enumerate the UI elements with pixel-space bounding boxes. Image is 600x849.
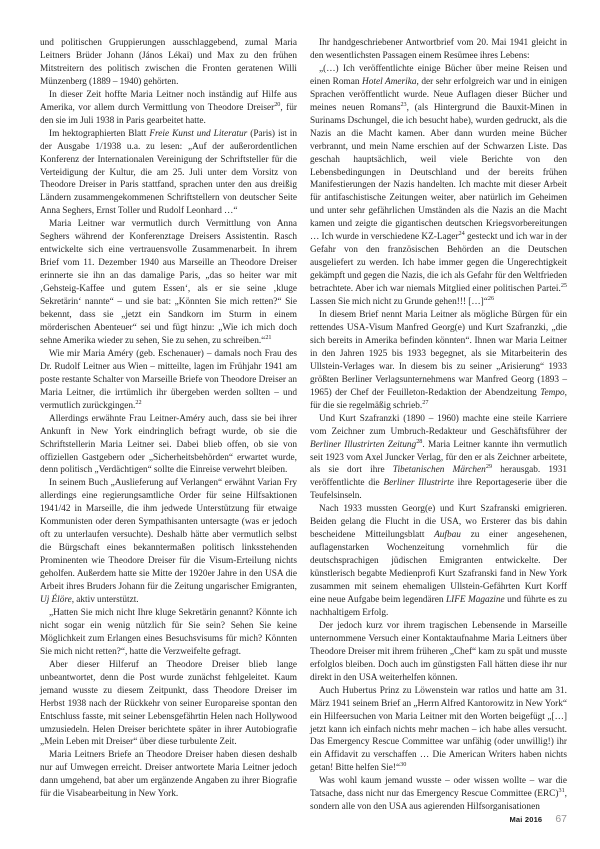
italic-title: Tibetanischen Märchen: [393, 465, 486, 475]
italic-title: Aufbau: [434, 530, 461, 540]
footnote-ref: 21: [265, 334, 271, 341]
paragraph: Und Kurt Szafranzki (1890 – 1960) machte…: [310, 413, 567, 504]
article-body: und politischen Gruppierungen ausschlagg…: [40, 37, 567, 814]
page-number: 67: [555, 813, 567, 825]
paragraph: In seinem Buch „Auslieferung auf Verlang…: [40, 477, 297, 607]
paragraph: Ihr handgeschriebener Antwortbrief vom 2…: [310, 37, 567, 63]
italic-title: Tempo: [540, 388, 564, 398]
footnote-ref: 22: [135, 399, 141, 406]
footnote-ref: 26: [488, 295, 494, 302]
footnote-ref: 29: [486, 463, 492, 470]
paragraph: und politischen Gruppierungen ausschlagg…: [40, 37, 297, 89]
page-footer: Mai 2016 67: [509, 813, 567, 825]
italic-title: Berliner Illustrirten Zeitung: [310, 440, 416, 450]
italic-title: Hotel Amerika: [362, 77, 417, 87]
paragraph: „Hatten Sie mich nicht Ihre kluge Sekret…: [40, 607, 297, 659]
paragraph: In diesem Brief nennt Maria Leitner als …: [310, 309, 567, 413]
footnote-ref: 23: [400, 101, 406, 108]
footnote-ref: 28: [416, 437, 422, 444]
paragraph: Aber dieser Hilferuf an Theodore Dreiser…: [40, 659, 297, 750]
paragraph: Was wohl kaum jemand wusste – oder wisse…: [310, 775, 567, 814]
italic-title: Berliner Illustrirte: [383, 478, 453, 488]
issue-date: Mai 2016: [509, 815, 542, 824]
paragraph: Im hektographierten Blatt Freie Kunst un…: [40, 128, 297, 219]
footnote-ref: 25: [561, 282, 567, 289]
footnote-ref: 20: [274, 101, 280, 108]
footnote-ref: 30: [400, 761, 406, 768]
paragraph: Auch Hubertus Prinz zu Löwenstein war ra…: [310, 685, 567, 776]
italic-title: LIFE Magazine: [446, 595, 505, 605]
italic-title: Uj Élöre: [40, 595, 72, 605]
right-column: Ihr handgeschriebener Antwortbrief vom 2…: [310, 37, 567, 814]
footnote-ref: 24: [459, 230, 465, 237]
paragraph: In dieser Zeit hoffte Maria Leitner noch…: [40, 89, 297, 128]
paragraph: Nach 1933 mussten Georg(e) und Kurt Szaf…: [310, 503, 567, 620]
footnote-ref: 27: [422, 399, 428, 406]
paragraph: „(…) Ich veröffentlichte einige Bücher ü…: [310, 63, 567, 309]
paragraph: Allerdings erwähnte Frau Leitner-Améry a…: [40, 413, 297, 478]
paragraph: Maria Leitner war vermutlich durch Vermi…: [40, 218, 297, 348]
paragraph: Der jedoch kurz vor ihrem tragischen Leb…: [310, 620, 567, 685]
italic-title: Freie Kunst und Literatur: [149, 129, 247, 139]
footnote-ref: 31: [558, 787, 564, 794]
paragraph: Wie mir Maria Améry (geb. Eschenauer) – …: [40, 348, 297, 413]
paragraph: Maria Leitners Briefe an Theodore Dreise…: [40, 749, 297, 801]
left-column: und politischen Gruppierungen ausschlagg…: [40, 37, 297, 814]
